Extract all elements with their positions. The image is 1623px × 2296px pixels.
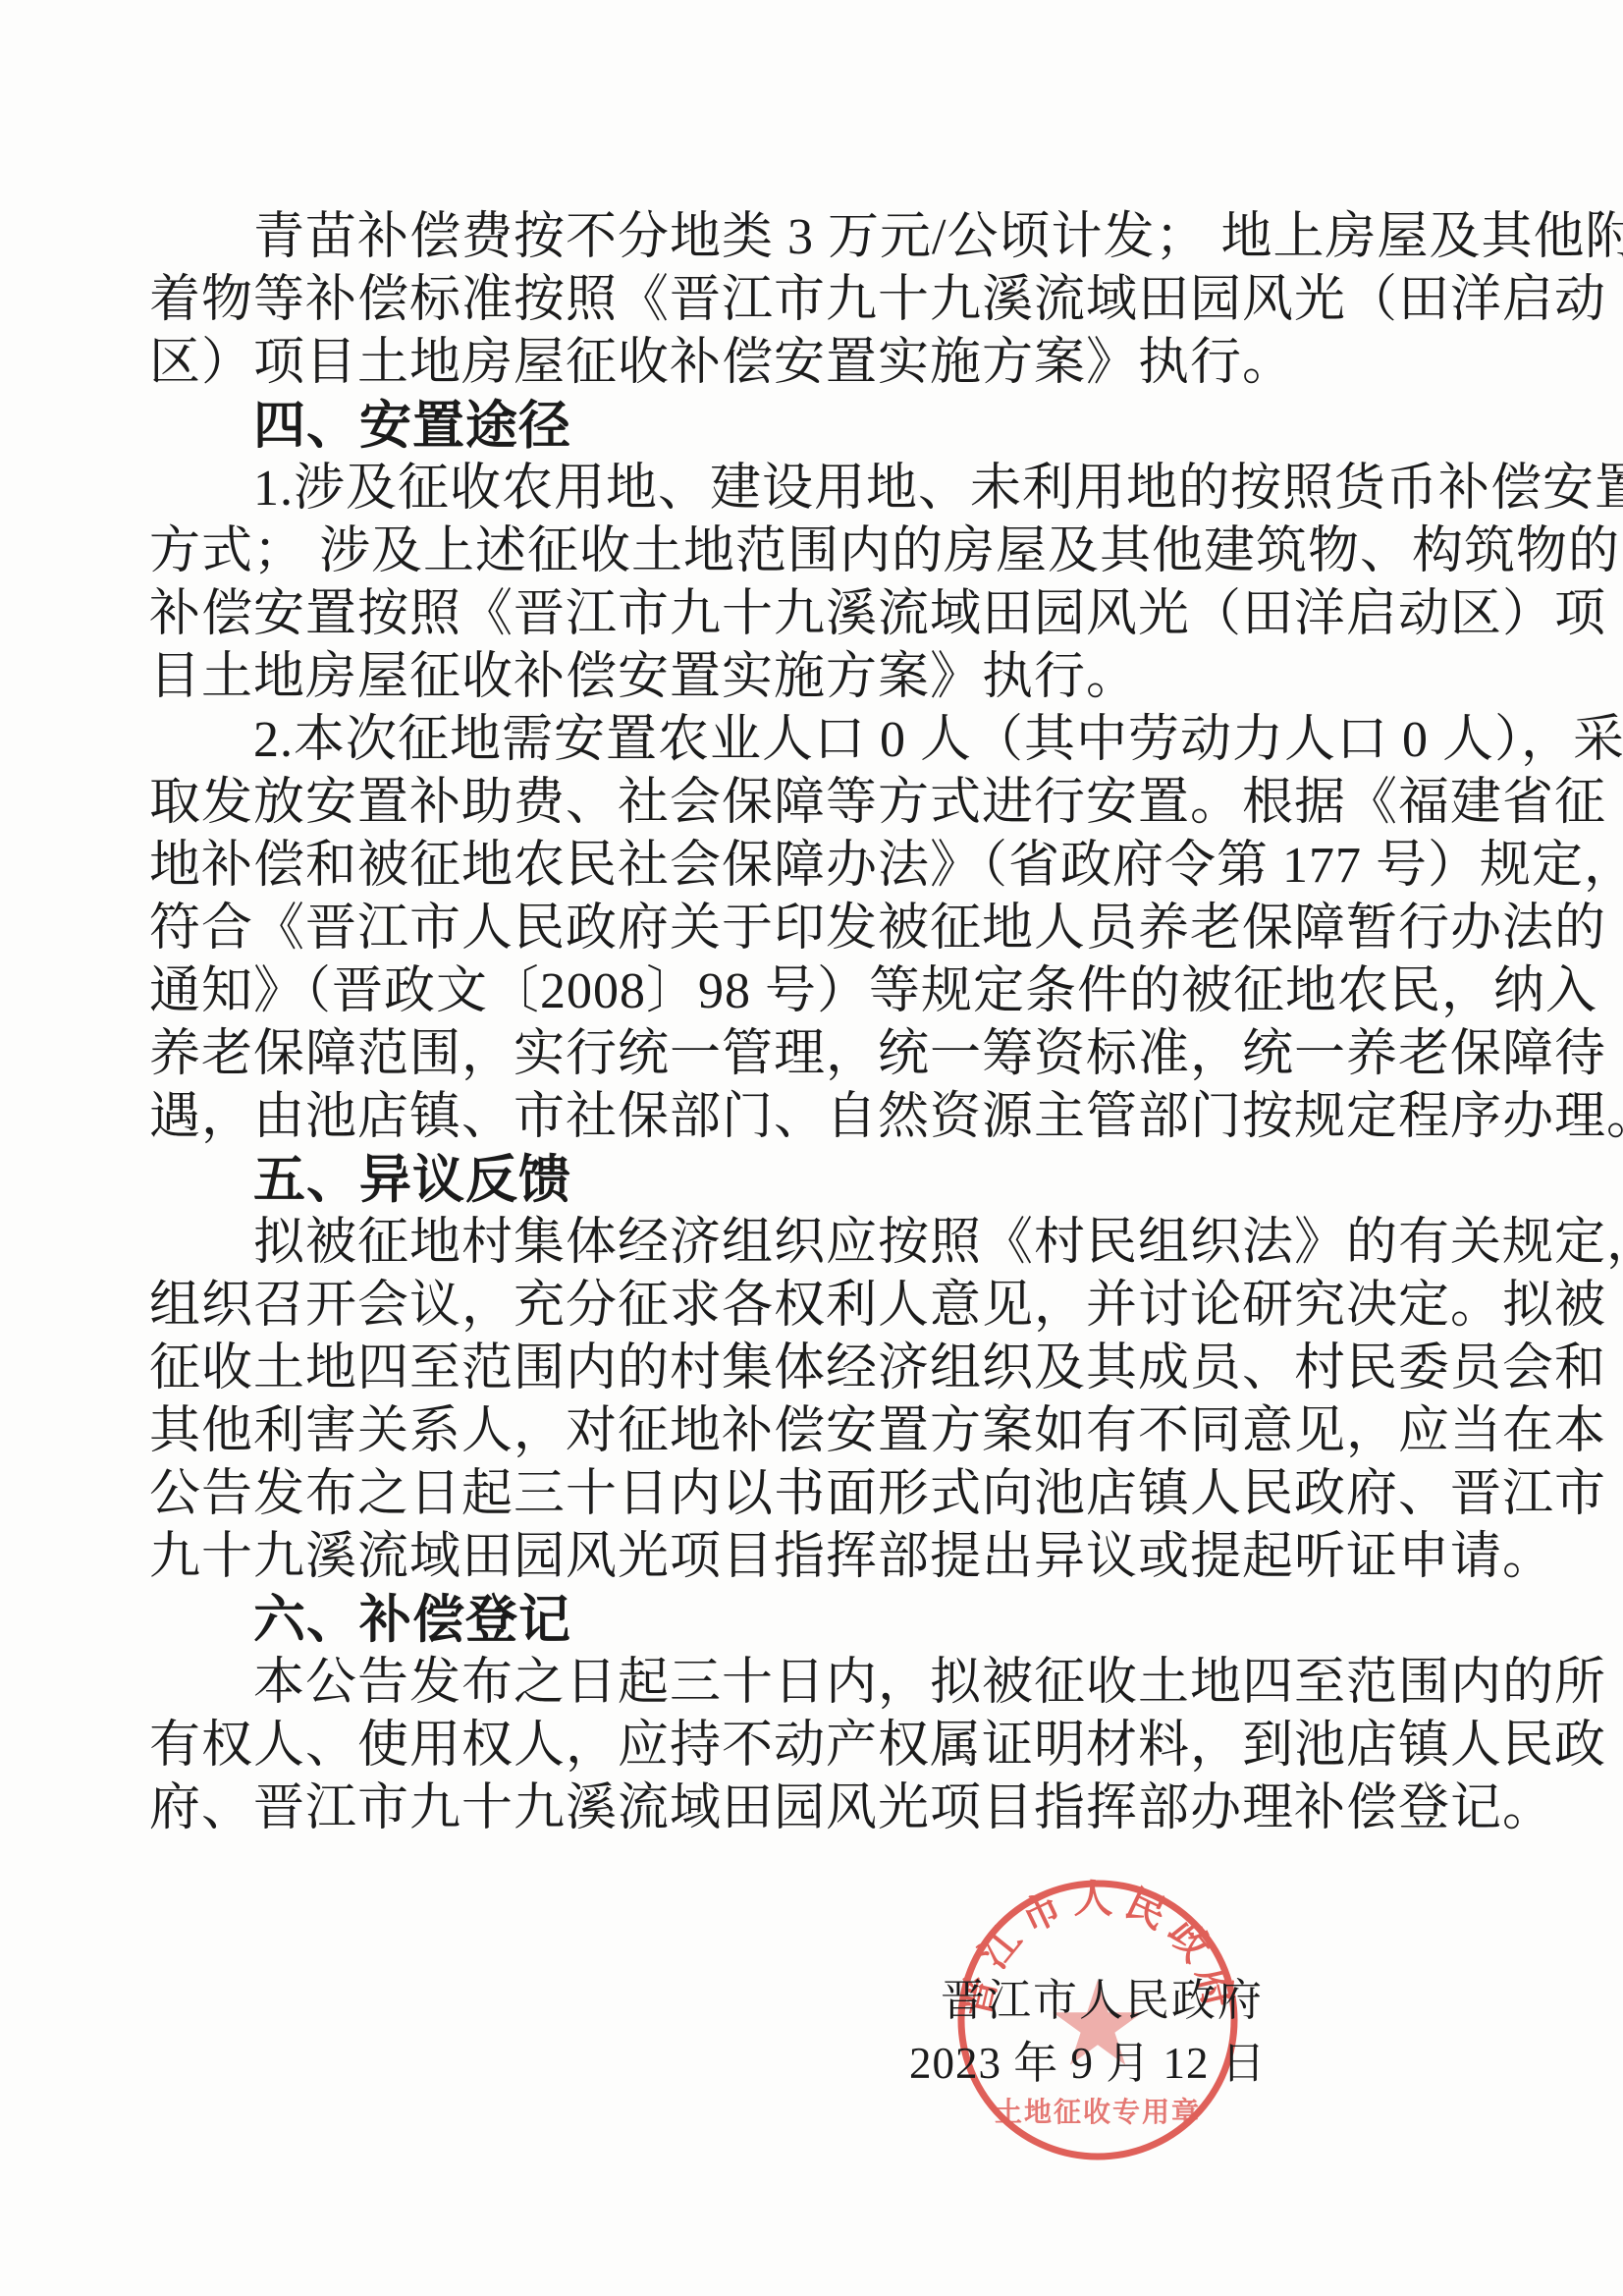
seal-banner-text: 土地征收专用章 — [995, 2096, 1201, 2128]
signature-date: 2023 年 9 月 12 日 — [909, 2027, 1267, 2091]
text-line: 遇，由池店镇、市社保部门、自然资源主管部门按规定程序办理。 — [149, 1086, 1492, 1149]
text-line: 2.本次征地需安置农业人口 0 人（其中劳动力人口 0 人），采 — [149, 709, 1492, 772]
text-line: 补偿安置按照《晋江市九十九溪流域田园风光（田洋启动区）项 — [149, 583, 1492, 646]
text-line: 目土地房屋征收补偿安置实施方案》执行。 — [149, 646, 1492, 709]
text-line: 府、晋江市九十九溪流域田园风光项目指挥部办理补偿登记。 — [149, 1777, 1492, 1840]
text-line: 养老保障范围，实行统一管理，统一筹资标准，统一养老保障待 — [149, 1023, 1492, 1086]
text-line: 符合《晋江市人民政府关于印发被征地人员养老保障暂行办法的 — [149, 898, 1492, 960]
text-line: 拟被征地村集体经济组织应按照《村民组织法》的有关规定， — [149, 1212, 1492, 1275]
text-line: 本公告发布之日起三十日内，拟被征收土地四至范围内的所 — [149, 1652, 1492, 1715]
section-heading: 六、补偿登记 — [149, 1589, 1492, 1652]
text-line: 有权人、使用权人，应持不动产权属证明材料，到池店镇人民政 — [149, 1715, 1492, 1777]
page: 青苗补偿费按不分地类 3 万元/公顷计发； 地上房屋及其他附着物等补偿标准按照《… — [0, 0, 1623, 2296]
text-line: 着物等补偿标准按照《晋江市九十九溪流域田园风光（田洋启动 — [149, 269, 1492, 332]
text-line: 组织召开会议，充分征求各权利人意见，并讨论研究决定。拟被 — [149, 1275, 1492, 1338]
section-heading: 五、异议反馈 — [149, 1149, 1492, 1212]
text-line: 青苗补偿费按不分地类 3 万元/公顷计发； 地上房屋及其他附 — [149, 206, 1492, 269]
text-line: 九十九溪流域田园风光项目指挥部提出异议或提起听证申请。 — [149, 1526, 1492, 1589]
text-line: 征收土地四至范围内的村集体经济组织及其成员、村民委员会和 — [149, 1338, 1492, 1400]
text-line: 地补偿和被征地农民社会保障办法》（省政府令第 177 号）规定， — [149, 835, 1492, 898]
text-line: 取发放安置补助费、社会保障等方式进行安置。根据《福建省征 — [149, 772, 1492, 835]
text-line: 其他利害关系人，对征地补偿安置方案如有不同意见，应当在本 — [149, 1400, 1492, 1463]
text-line: 方式； 涉及上述征收土地范围内的房屋及其他建筑物、构筑物的 — [149, 520, 1492, 583]
document-body: 青苗补偿费按不分地类 3 万元/公顷计发； 地上房屋及其他附着物等补偿标准按照《… — [149, 206, 1492, 1840]
section-heading: 四、安置途径 — [149, 395, 1492, 458]
text-line: 1.涉及征收农用地、建设用地、未利用地的按照货币补偿安置 — [149, 458, 1492, 520]
text-line: 区）项目土地房屋征收补偿安置实施方案》执行。 — [149, 332, 1492, 395]
text-line: 通知》（晋政文〔2008〕98 号）等规定条件的被征地农民，纳入 — [149, 960, 1492, 1023]
signature-issuer: 晋江市人民政府 — [941, 1964, 1264, 2028]
text-line: 公告发布之日起三十日内以书面形式向池店镇人民政府、晋江市 — [149, 1463, 1492, 1526]
